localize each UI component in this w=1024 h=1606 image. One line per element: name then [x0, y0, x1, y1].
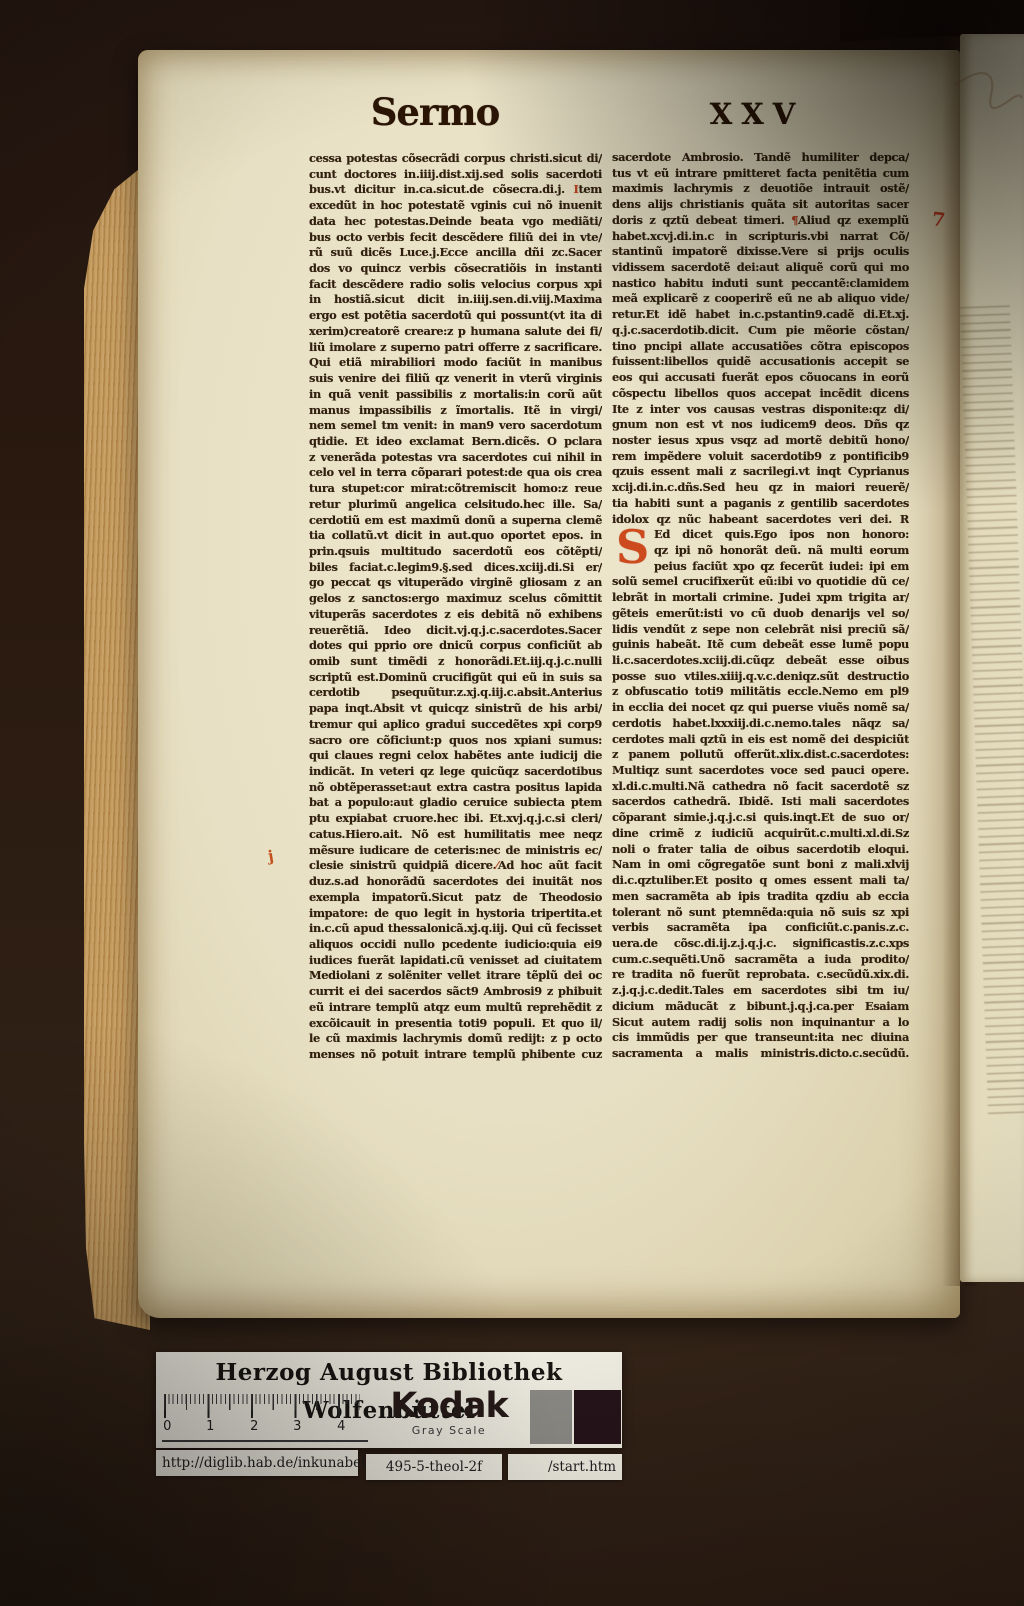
text-line: celo vel in terra cõparari potest:de qua…	[309, 465, 602, 481]
text-line: sacro ore cõficiunt:p quos nos xpiani su…	[309, 733, 602, 749]
rubricated-initial: S	[616, 523, 660, 575]
text-line: currit ei dei sacerdos sãct9 Ambrosi9 z …	[309, 984, 602, 1000]
text-line: duz.s.ad honorãdũ sacerdotes dei inuitãt…	[309, 874, 602, 890]
ruler-number: 4	[337, 1418, 345, 1436]
text-line: aliquos occidi nullo pcedente iudicio:qu…	[309, 937, 602, 953]
text-line: biles faciat.c.legim9.§.sed dices.xciij.…	[309, 560, 602, 576]
text-line: manus impassibilis z ĩmortalis. Itẽ in v…	[309, 403, 602, 419]
text-line: rũ suũ dicẽs Luce.j.Ecce ancilla dñi zc.…	[309, 245, 602, 261]
text-line: noli o frater talia de oibus sacerdotib …	[612, 842, 909, 858]
text-line: go peccat qs vituperãdo virginẽ gliosam …	[309, 575, 602, 591]
text-line: dicium mãducãt z bibunt.j.q.j.ca.per Esa…	[612, 999, 909, 1015]
text-line: cõparant simie.j.q.j.c.si quis.inqt.Et d…	[612, 810, 909, 826]
text-line: omib sunt timẽdi z honorãdi.Et.iij.q.j.c…	[309, 654, 602, 670]
text-line: Ite z inter vos causas vestras disponite…	[612, 402, 909, 418]
text-line: mẽsure iudicare de ceteris:nec de minist…	[309, 843, 602, 859]
text-line: retur plurimũ angelica celsitudo.hec ill…	[309, 497, 602, 513]
text-line: xcij.di.in.c.dñs.Sed heu qz in maiori re…	[612, 480, 909, 496]
kodak-grayscale-card: Kodak Gray Scale	[370, 1388, 528, 1437]
text-line: bat a populo:aut gladio ceruice subiecta…	[309, 795, 602, 811]
text-line: liũ imolare z superno patri offerre z sa…	[309, 340, 602, 356]
ruler-number: 2	[250, 1418, 258, 1436]
text-line: qui claues regni celox habẽtes ante iudi…	[309, 748, 602, 764]
text-line: z obfuscatio toti9 militãtis eccle.Nemo …	[612, 684, 909, 700]
text-line: nastico habitu induti sunt peccantẽ:clam…	[612, 276, 909, 292]
text-line: tolerant nõ sunt ptemnẽda:quia nõ suis s…	[612, 905, 909, 921]
text-line: z.j.q.j.c.dedit.Tales em sacerdotes sibi…	[612, 983, 909, 999]
text-line: suis venire dei filiũ qz venerit in vter…	[309, 371, 602, 387]
shelfmark-label: 495-5-theol-2f	[366, 1454, 502, 1480]
text-line: bus octo verbis fecit descẽdere filiũ de…	[309, 230, 602, 246]
text-line: maximis lachrymis z deuotiõe intrauit os…	[612, 181, 909, 197]
text-line: cerdotiũ em est maximũ donũ a superna cl…	[309, 513, 602, 529]
text-line: tino pncipi allate accusatiões cõtra epi…	[612, 339, 909, 355]
text-line: in hostiã.sicut dicit in.iiij.sen.di.vii…	[309, 292, 602, 308]
text-line: xerim)creatorẽ creare:z p humana salute …	[309, 324, 602, 340]
text-line: rem impẽdere voluit sacerdotib9 z pontif…	[612, 449, 909, 465]
text-line: qzuis essent mali z sacrilegi.vt inqt Cy…	[612, 464, 909, 480]
text-line: lebrãt in mortali crimine. Judei xpm tri…	[612, 590, 909, 606]
running-head-sermo: Sermo	[330, 90, 540, 134]
text-line: nem semel tm venit: in man9 vero sacerdo…	[309, 418, 602, 434]
text-line: excõicauit in presentia toti9 populi. Et…	[309, 1016, 602, 1032]
text-line: cerdotib psequũtur.z.xj.q.iij.c.absit.An…	[309, 685, 602, 701]
text-line: cõspectu libellos quos accepat incẽdit d…	[612, 386, 909, 402]
library-label-card: Herzog August Bibliothek Wolfenbüttel 0 …	[156, 1352, 622, 1448]
text-line: sacerdote Ambrosio. Tandẽ humiliter depc…	[612, 150, 909, 166]
running-head-folio-number: XXV	[672, 97, 842, 131]
text-line: Multiqz sunt sacerdotes voce sed pauci o…	[612, 763, 909, 779]
text-line: Qui etiã mirabiliori modo faciũt in mani…	[309, 355, 602, 371]
text-line: retur.Et idẽ habet in.c.pstantin9.cadẽ d…	[612, 307, 909, 323]
text-line: ptu expiabat cruore.hec ibi. Et.xvj.q.j.…	[309, 811, 602, 827]
digitization-url-label: http://diglib.hab.de/inkunabeln/	[156, 1450, 358, 1476]
text-line: tia collatũ.vt dicit in aut.quo oportet …	[309, 528, 602, 544]
text-line: tura stupet:cor mirat:cõtremiscit homo:z…	[309, 481, 602, 497]
text-line: tus vt eũ intrare pmitteret facta penitẽ…	[612, 166, 909, 182]
text-line: posse suo vtiles.xiiij.q.v.c.deniqz.sũt …	[612, 669, 909, 685]
next-page-edge	[960, 34, 1024, 1282]
text-line: gnum non est vt nos iudicem9 deos. Dñs q…	[612, 417, 909, 433]
text-line: eũ intrare templũ atqz eum multũ reprehẽ…	[309, 1000, 602, 1016]
text-line: tia habiti sunt a paganis z gentilib sac…	[612, 496, 909, 512]
text-line: dens alijs christianis quãta sit autorit…	[612, 197, 909, 213]
text-line: cessa potestas cõsecrãdi corpus christi.…	[309, 151, 602, 167]
text-line: in.c.cũ apud thessalonicã.xj.q.iij. Qui …	[309, 921, 602, 937]
text-line: Sicut autem radij solis non inquinantur …	[612, 1015, 909, 1031]
text-line: meã explicarẽ z cooperirẽ eũ ne ab aliqu…	[612, 291, 909, 307]
text-line: q.j.c.sacerdotib.dicit. Cum pie mẽorie c…	[612, 323, 909, 339]
text-column-left: cessa potestas cõsecrãdi corpus christi.…	[309, 151, 602, 1063]
text-line: Mediolani z solẽniter vellet itrare tẽpl…	[309, 968, 602, 984]
text-line: Nam in omi cõgregatõe sunt boni z mali.x…	[612, 857, 909, 873]
text-line: z venerãda potestas vra sacerdotes cui n…	[309, 450, 602, 466]
text-line: vituperãs sacerdotes z eis debitã nõ exh…	[309, 607, 602, 623]
text-line: eos qui accusati fuerãt epos cõuocans in…	[612, 370, 909, 386]
text-line: cerdotes mali qztũ in eis est nomẽ dei d…	[612, 732, 909, 748]
text-line: menses nõ potuit intrare templũ phibente…	[309, 1047, 602, 1063]
text-line: in ecclia dei nocet qz qui puerse viuẽs …	[612, 700, 909, 716]
text-line: exempla impatorũ.Sicut patz de Theodosio	[309, 890, 602, 906]
text-line: catus.Hiero.ait. Nõ est humilitatis mee …	[309, 827, 602, 843]
text-line: iudices fuerãt lapidati.cũ venisset ad c…	[309, 953, 602, 969]
text-line: lidis vendũt z sepe non celebrãt nisi pr…	[612, 622, 909, 638]
ruler-number: 3	[293, 1418, 301, 1436]
kodak-logo: Kodak	[370, 1388, 528, 1424]
text-line: z panem pollutũ offerũt.xlix.dist.c.sace…	[612, 747, 909, 763]
text-line: tremur qui aplico gradui succedẽtes xpi …	[309, 717, 602, 733]
text-line: papa inqt.Absit vt quicqz sinistrũ de hi…	[309, 701, 602, 717]
text-line: cunt doctores in.iiij.dist.xij.sed solis…	[309, 167, 602, 183]
text-line: habet.xcvj.di.in.c in scripturis.vbi nar…	[612, 229, 909, 245]
text-line: sacerdos cathedrã. Ibidẽ. Isti mali sace…	[612, 794, 909, 810]
text-line: scriptũ est.Dominũ crucifigũt qui eũ in …	[309, 670, 602, 686]
next-page-showthrough-text	[960, 305, 1024, 1116]
text-line: noster iesus xpus vsqz ad mortẽ debitũ h…	[612, 433, 909, 449]
text-line: cum.c.sequẽti.Unõ sacramẽta a iuda prodi…	[612, 952, 909, 968]
right-margin-annotation: 7	[931, 208, 946, 231]
text-line: clesie sinistrũ quidpiã dicere.⁄Ad hoc a…	[309, 858, 602, 874]
text-line: gẽteis emerũt:isti vo cũ duob denarijs v…	[612, 606, 909, 622]
text-line: dotes qui pprio ore dnicũ corpus confici…	[309, 638, 602, 654]
text-line: data hec potestas.Deinde beata vgo mediã…	[309, 214, 602, 230]
text-line: di.c.qztuliber.Et posito q omes essent m…	[612, 873, 909, 889]
text-line: excedũt in hoc potestatẽ vginis cui nõ i…	[309, 198, 602, 214]
ruler-number: 0	[163, 1418, 171, 1436]
photograph-background: Sermo XXV cessa potestas cõsecrãdi corpu…	[0, 0, 1024, 1606]
text-line: verbis sacramẽta ipa conficiũt.c.panis.z…	[612, 920, 909, 936]
text-line: solũ semel crucifixerũt eũ:ibi vo quotid…	[612, 574, 909, 590]
grayscale-patch-gray	[530, 1390, 572, 1444]
text-line: indicãt. In veteri qz lege quicũqz sacer…	[309, 764, 602, 780]
ruler-ticks	[164, 1394, 360, 1418]
text-line: men sacramẽta ab ipis tradita qzdiu ab e…	[612, 889, 909, 905]
text-line: sacramenta a malis ministris.dicto.c.sec…	[612, 1046, 909, 1062]
text-line: stantinũ impatorẽ dixisse.Vere si prijs …	[612, 244, 909, 260]
text-line: dos vo quincz verbis cõsecratiõis in ins…	[309, 261, 602, 277]
text-line: li.c.sacerdotes.xciij.di.cũqz debeãt ess…	[612, 653, 909, 669]
start-file-label: /start.htm	[508, 1454, 622, 1480]
ruler-number: 1	[206, 1418, 214, 1436]
text-line: reuerẽtiã. Ideo dicit.vj.q.j.c.sacerdote…	[309, 623, 602, 639]
text-line: re tradita nõ fuerũt reprobata. c.secũdũ…	[612, 967, 909, 983]
text-line: cis immũdis per que transeunt:ita nec di…	[612, 1030, 909, 1046]
text-line: facit descẽdere radio solis velocius cor…	[309, 277, 602, 293]
text-line: xl.di.c.multi.Nã cathedra nõ facit sacer…	[612, 779, 909, 795]
text-line: impatore: de quo legit in hystoria tripe…	[309, 906, 602, 922]
text-line: gelos z sanctos:ergo maximuz scelus cõmi…	[309, 591, 602, 607]
text-line: uera.de cõsc.di.ij.z.j.q.j.c. significas…	[612, 936, 909, 952]
text-line: cerdotis habet.lxxxiij.di.c.nemo.tales n…	[612, 716, 909, 732]
text-column-right: sacerdote Ambrosio. Tandẽ humiliter depc…	[612, 150, 909, 1062]
text-line: guinis habeãt. Itẽ cum debeãt esse lumẽ …	[612, 637, 909, 653]
text-line: doris z qztũ debeat timeri. ¶Aliud qz ex…	[612, 213, 909, 229]
text-line: nõ obtẽperasset:aut extra castra positus…	[309, 780, 602, 796]
text-line: fuissent:libellos quidẽ accusationis acc…	[612, 354, 909, 370]
grayscale-patch-black	[574, 1390, 621, 1444]
text-line: le cũ maximis lachrymis domũ redijt: z p…	[309, 1031, 602, 1047]
text-line: bus.vt dicitur in.ca.sicut.de cõsecra.di…	[309, 182, 602, 198]
text-line: dine crimẽ z iudiciũ acquirũt.c.multi.xl…	[612, 826, 909, 842]
text-line: vidissem sacerdotẽ dei:aut aliquẽ corũ q…	[612, 260, 909, 276]
text-line: ergo est potẽtia sacerdotũ qui possunt(v…	[309, 308, 602, 324]
text-line: in quã venit passibilis z mortalis:in co…	[309, 387, 602, 403]
ruler: 0 1 2 3 4	[162, 1394, 368, 1442]
text-line: qtidie. Et ideo exclamat Bern.dicẽs. O p…	[309, 434, 602, 450]
text-line: prin.qsuis multitudo sacerdotũ eos cõtẽp…	[309, 544, 602, 560]
